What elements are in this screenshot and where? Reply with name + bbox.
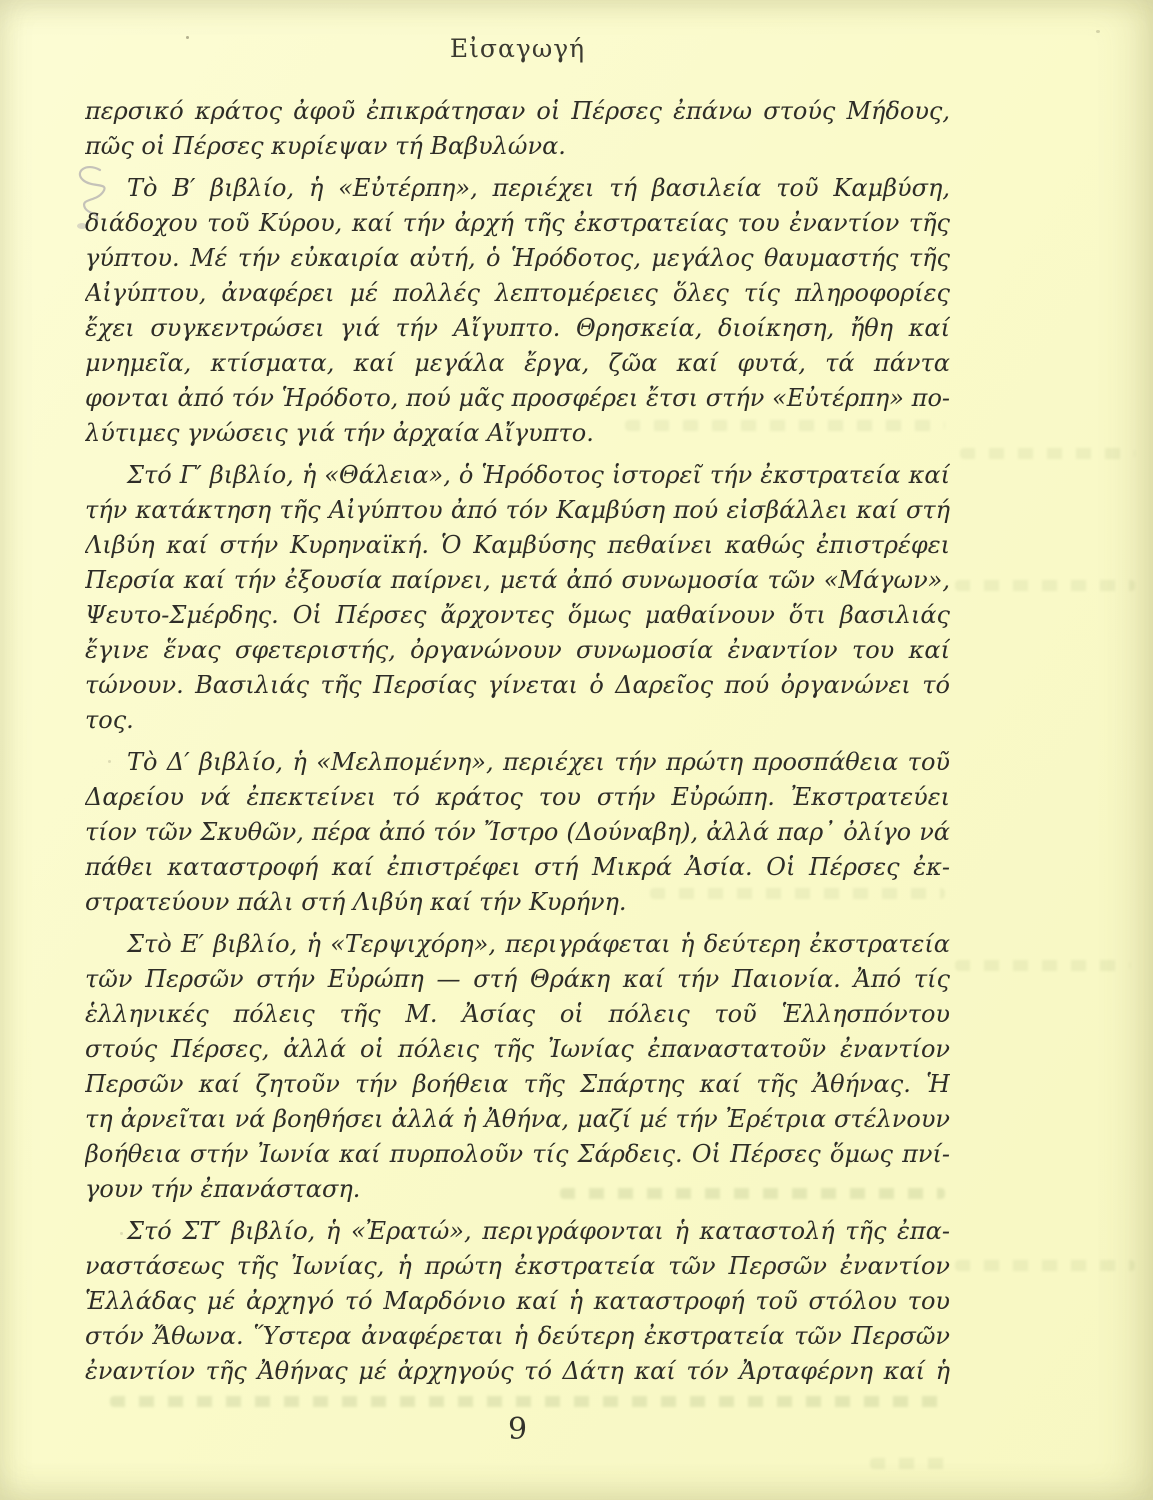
text-line: Δαρείου νά ἐπεκτείνει τό κράτος του στήν… bbox=[85, 780, 950, 815]
text-line: περσικό κράτος ἀφοῦ ἐπικράτησαν οἱ Πέρσε… bbox=[85, 94, 950, 129]
text-line: Περσῶν καί ζητοῦν τήν βοήθεια τῆς Σπάρτη… bbox=[85, 1067, 950, 1102]
text-line: τώνουν. Βασιλιάς τῆς Περσίας γίνεται ὁ Δ… bbox=[85, 668, 950, 703]
text-line: Τὸ Β′ βιβλίο, ἡ «Εὐτέρπη», περιέχει τή β… bbox=[85, 171, 950, 206]
text-line: ἔχει συγκεντρώσει γιά τήν Αἴγυπτο. Θρησκ… bbox=[85, 311, 950, 346]
body-text: περσικό κράτος ἀφοῦ ἐπικράτησαν οἱ Πέρσε… bbox=[85, 94, 950, 1389]
paragraph: Στό ΣΤ′ βιβλίο, ἡ «Ἐρατώ», περιγράφονται… bbox=[85, 1214, 950, 1389]
page-header: Εἰσαγωγή bbox=[85, 34, 950, 63]
text-line: Περσία καί τήν ἐξουσία παίρνει, μετά ἀπό… bbox=[85, 563, 950, 598]
text-line: τῶν Περσῶν στήν Εὐρώπη — στή Θράκη καί τ… bbox=[85, 962, 950, 997]
text-line: ἔγινε ἕνας σφετεριστής, ὀργανώνουν συνωμ… bbox=[85, 633, 950, 668]
text-line: Στό Γ′ βιβλίο, ἡ «Θάλεια», ὁ Ἡρόδοτος ἱσ… bbox=[85, 458, 950, 493]
text-line: τη ἀρνεῖται νά βοηθήσει ἀλλά ἡ Ἀθήνα, μα… bbox=[85, 1102, 950, 1137]
text-line: στόν Ἄθωνα. Ὕστερα ἀναφέρεται ἡ δεύτερη … bbox=[85, 1319, 950, 1354]
text-line: στρατεύουν πάλι στή Λιβύη καί τήν Κυρήνη… bbox=[85, 885, 950, 920]
paragraph: περσικό κράτος ἀφοῦ ἐπικράτησαν οἱ Πέρσε… bbox=[85, 94, 950, 164]
text-line: γουν τήν ἐπανάσταση. bbox=[85, 1172, 950, 1207]
bleed-through-mark bbox=[955, 580, 1135, 591]
text-line: στούς Πέρσες, ἀλλά οἱ πόλεις τῆς Ἰωνίας … bbox=[85, 1032, 950, 1067]
text-line: πῶς οἱ Πέρσες κυρίεψαν τή Βαβυλώνα. bbox=[85, 129, 950, 164]
text-line: Λιβύη καί στήν Κυρηναϊκή. Ὁ Καμβύσης πεθ… bbox=[85, 528, 950, 563]
text-line: Στὸ Ε′ βιβλίο, ἡ «Τερψιχόρη», περιγράφετ… bbox=[85, 927, 950, 962]
bleed-through-mark bbox=[110, 1396, 945, 1407]
text-line: ἑλληνικές πόλεις τῆς Μ. Ἀσίας οἱ πόλεις … bbox=[85, 997, 950, 1032]
text-line: διάδοχου τοῦ Κύρου, καί τήν ἀρχή τῆς ἐκσ… bbox=[85, 206, 950, 241]
text-line: λύτιμες γνώσεις γιά τήν ἀρχαία Αἴγυπτο. bbox=[85, 416, 950, 451]
text-line: ναστάσεως τῆς Ἰωνίας, ἡ πρώτη ἐκστρατεία… bbox=[85, 1249, 950, 1284]
text-line: τήν κατάκτηση τῆς Αἰγύπτου ἀπό τόν Καμβύ… bbox=[85, 493, 950, 528]
text-line: Αἰγύπτου, ἀναφέρει μέ πολλές λεπτομέρειε… bbox=[85, 276, 950, 311]
paper-speck bbox=[1096, 30, 1100, 33]
text-line: μνημεῖα, κτίσματα, καί μεγάλα ἔργα, ζῶα … bbox=[85, 346, 950, 381]
bleed-through-mark bbox=[960, 448, 1135, 459]
text-line: βοήθεια στήν Ἰωνία καί πυρπολοῦν τίς Σάρ… bbox=[85, 1137, 950, 1172]
paragraph: Στὸ Ε′ βιβλίο, ἡ «Τερψιχόρη», περιγράφετ… bbox=[85, 927, 950, 1207]
text-line: Τὸ Δ′ βιβλίο, ἡ «Μελπομένη», περιέχει τή… bbox=[85, 745, 950, 780]
bleed-through-mark bbox=[870, 1458, 950, 1469]
text-line: γύπτου. Μέ τήν εὐκαιρία αὐτή, ὁ Ἡρόδοτος… bbox=[85, 241, 950, 276]
paragraph: Τὸ Β′ βιβλίο, ἡ «Εὐτέρπη», περιέχει τή β… bbox=[85, 171, 950, 451]
paragraph: Στό Γ′ βιβλίο, ἡ «Θάλεια», ὁ Ἡρόδοτος ἱσ… bbox=[85, 458, 950, 738]
text-line: πάθει καταστροφή καί ἐπιστρέφει στή Μικρ… bbox=[85, 850, 950, 885]
text-line: φονται ἀπό τόν Ἡρόδοτο, πού μᾶς προσφέρε… bbox=[85, 381, 950, 416]
paragraph: Τὸ Δ′ βιβλίο, ἡ «Μελπομένη», περιέχει τή… bbox=[85, 745, 950, 920]
text-line: Ψευτο-Σμέρδης. Οἱ Πέρσες ἄρχοντες ὅμως μ… bbox=[85, 598, 950, 633]
text-line: τος. bbox=[85, 703, 950, 738]
text-line: ἐναντίον τῆς Ἀθήνας μέ ἀρχηγούς τό Δάτη … bbox=[85, 1354, 950, 1389]
text-line: τίον τῶν Σκυθῶν, πέρα ἀπό τόν Ἴστρο (Δού… bbox=[85, 815, 950, 850]
bleed-through-mark bbox=[955, 960, 1130, 971]
text-line: Ἑλλάδας μέ ἀρχηγό τό Μαρδόνιο καί ἡ κατα… bbox=[85, 1284, 950, 1319]
page-number: 9 bbox=[85, 1412, 950, 1447]
text-line: Στό ΣΤ′ βιβλίο, ἡ «Ἐρατώ», περιγράφονται… bbox=[85, 1214, 950, 1249]
bleed-through-mark bbox=[955, 1260, 1135, 1271]
